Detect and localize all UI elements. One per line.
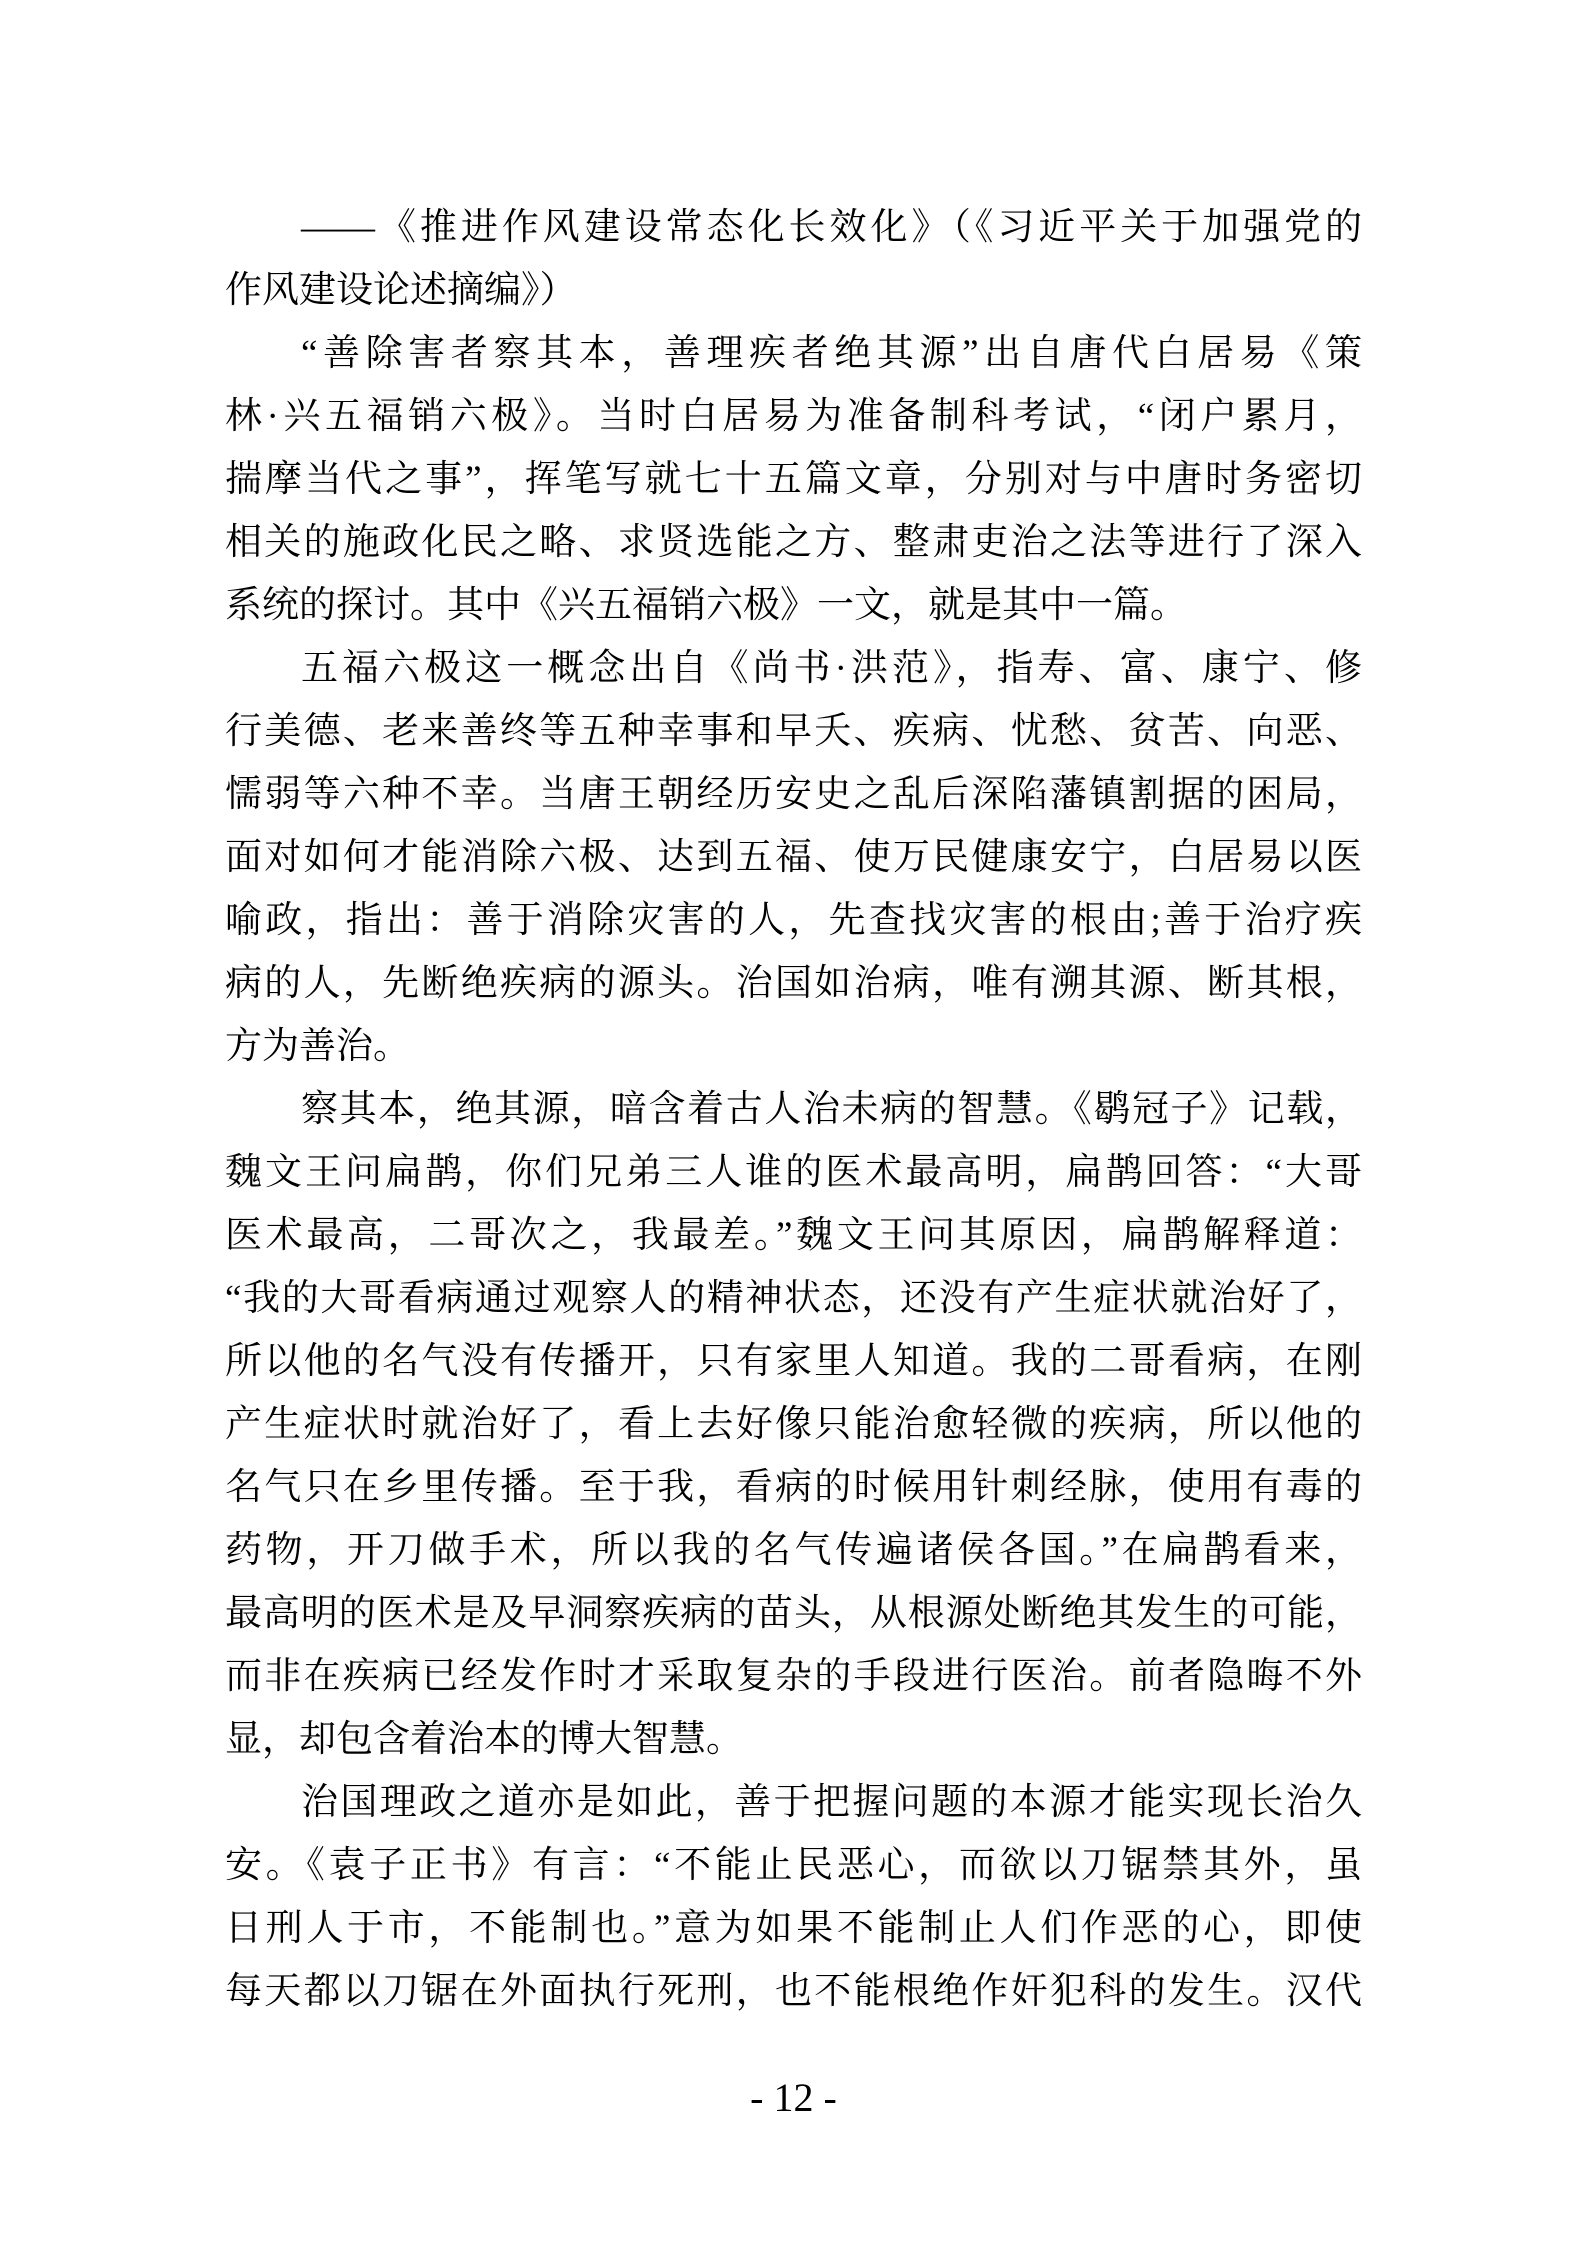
page-number: - 12 - [0, 2072, 1587, 2124]
text-line: “我的大哥看病通过观察人的精神状态，还没有产生症状就治好了， [225, 1267, 1362, 1330]
text-line: ——《推进作风建设常态化长效化》（《习近平关于加强党的 [225, 196, 1362, 259]
text-line: 日刑人于市，不能制也。”意为如果不能制止人们作恶的心，即使 [225, 1897, 1362, 1960]
text-line: 喻政，指出：善于消除灾害的人，先查找灾害的根由;善于治疗疾 [225, 889, 1362, 952]
text-line: 五福六极这一概念出自《尚书·洪范》，指寿、富、康宁、修 [225, 637, 1362, 700]
text-line: 治国理政之道亦是如此，善于把握问题的本源才能实现长治久 [225, 1771, 1362, 1834]
text-line: 察其本，绝其源，暗含着古人治未病的智慧。《鹖冠子》记载， [225, 1078, 1362, 1141]
text-line: 面对如何才能消除六极、达到五福、使万民健康安宁，白居易以医 [225, 826, 1362, 889]
text-line: 病的人，先断绝疾病的源头。治国如治病，唯有溯其源、断其根， [225, 952, 1362, 1015]
text-line: 魏文王问扁鹊，你们兄弟三人谁的医术最高明，扁鹊回答：“大哥 [225, 1141, 1362, 1204]
text-line: 显，却包含着治本的博大智慧。 [225, 1708, 1362, 1771]
text-line: 林·兴五福销六极》。当时白居易为准备制科考试，“闭户累月， [225, 385, 1362, 448]
text-line: 揣摩当代之事”，挥笔写就七十五篇文章，分别对与中唐时务密切 [225, 448, 1362, 511]
text-line: 所以他的名气没有传播开，只有家里人知道。我的二哥看病，在刚 [225, 1330, 1362, 1393]
text-line: 行美德、老来善终等五种幸事和早夭、疾病、忧愁、贫苦、向恶、 [225, 700, 1362, 763]
document-body: ——《推进作风建设常态化长效化》（《习近平关于加强党的作风建设论述摘编》）“善除… [225, 196, 1362, 2023]
text-line: 系统的探讨。其中《兴五福销六极》一文，就是其中一篇。 [225, 574, 1362, 637]
text-line: 最高明的医术是及早洞察疾病的苗头，从根源处断绝其发生的可能， [225, 1582, 1362, 1645]
text-line: 而非在疾病已经发作时才采取复杂的手段进行医治。前者隐晦不外 [225, 1645, 1362, 1708]
text-line: 医术最高，二哥次之，我最差。”魏文王问其原因，扁鹊解释道： [225, 1204, 1362, 1267]
text-line: 药物，开刀做手术，所以我的名气传遍诸侯各国。”在扁鹊看来， [225, 1519, 1362, 1582]
text-line: 名气只在乡里传播。至于我，看病的时候用针刺经脉，使用有毒的 [225, 1456, 1362, 1519]
text-line: 每天都以刀锯在外面执行死刑，也不能根绝作奸犯科的发生。汉代 [225, 1960, 1362, 2023]
text-line: “善除害者察其本，善理疾者绝其源”出自唐代白居易《策 [225, 322, 1362, 385]
text-line: 作风建设论述摘编》） [225, 259, 1362, 322]
text-line: 懦弱等六种不幸。当唐王朝经历安史之乱后深陷藩镇割据的困局， [225, 763, 1362, 826]
text-line: 方为善治。 [225, 1015, 1362, 1078]
document-page: ——《推进作风建设常态化长效化》（《习近平关于加强党的作风建设论述摘编》）“善除… [0, 0, 1587, 2245]
text-line: 相关的施政化民之略、求贤选能之方、整肃吏治之法等进行了深入 [225, 511, 1362, 574]
text-line: 产生症状时就治好了，看上去好像只能治愈轻微的疾病，所以他的 [225, 1393, 1362, 1456]
text-line: 安。《袁子正书》有言：“不能止民恶心，而欲以刀锯禁其外，虽 [225, 1834, 1362, 1897]
